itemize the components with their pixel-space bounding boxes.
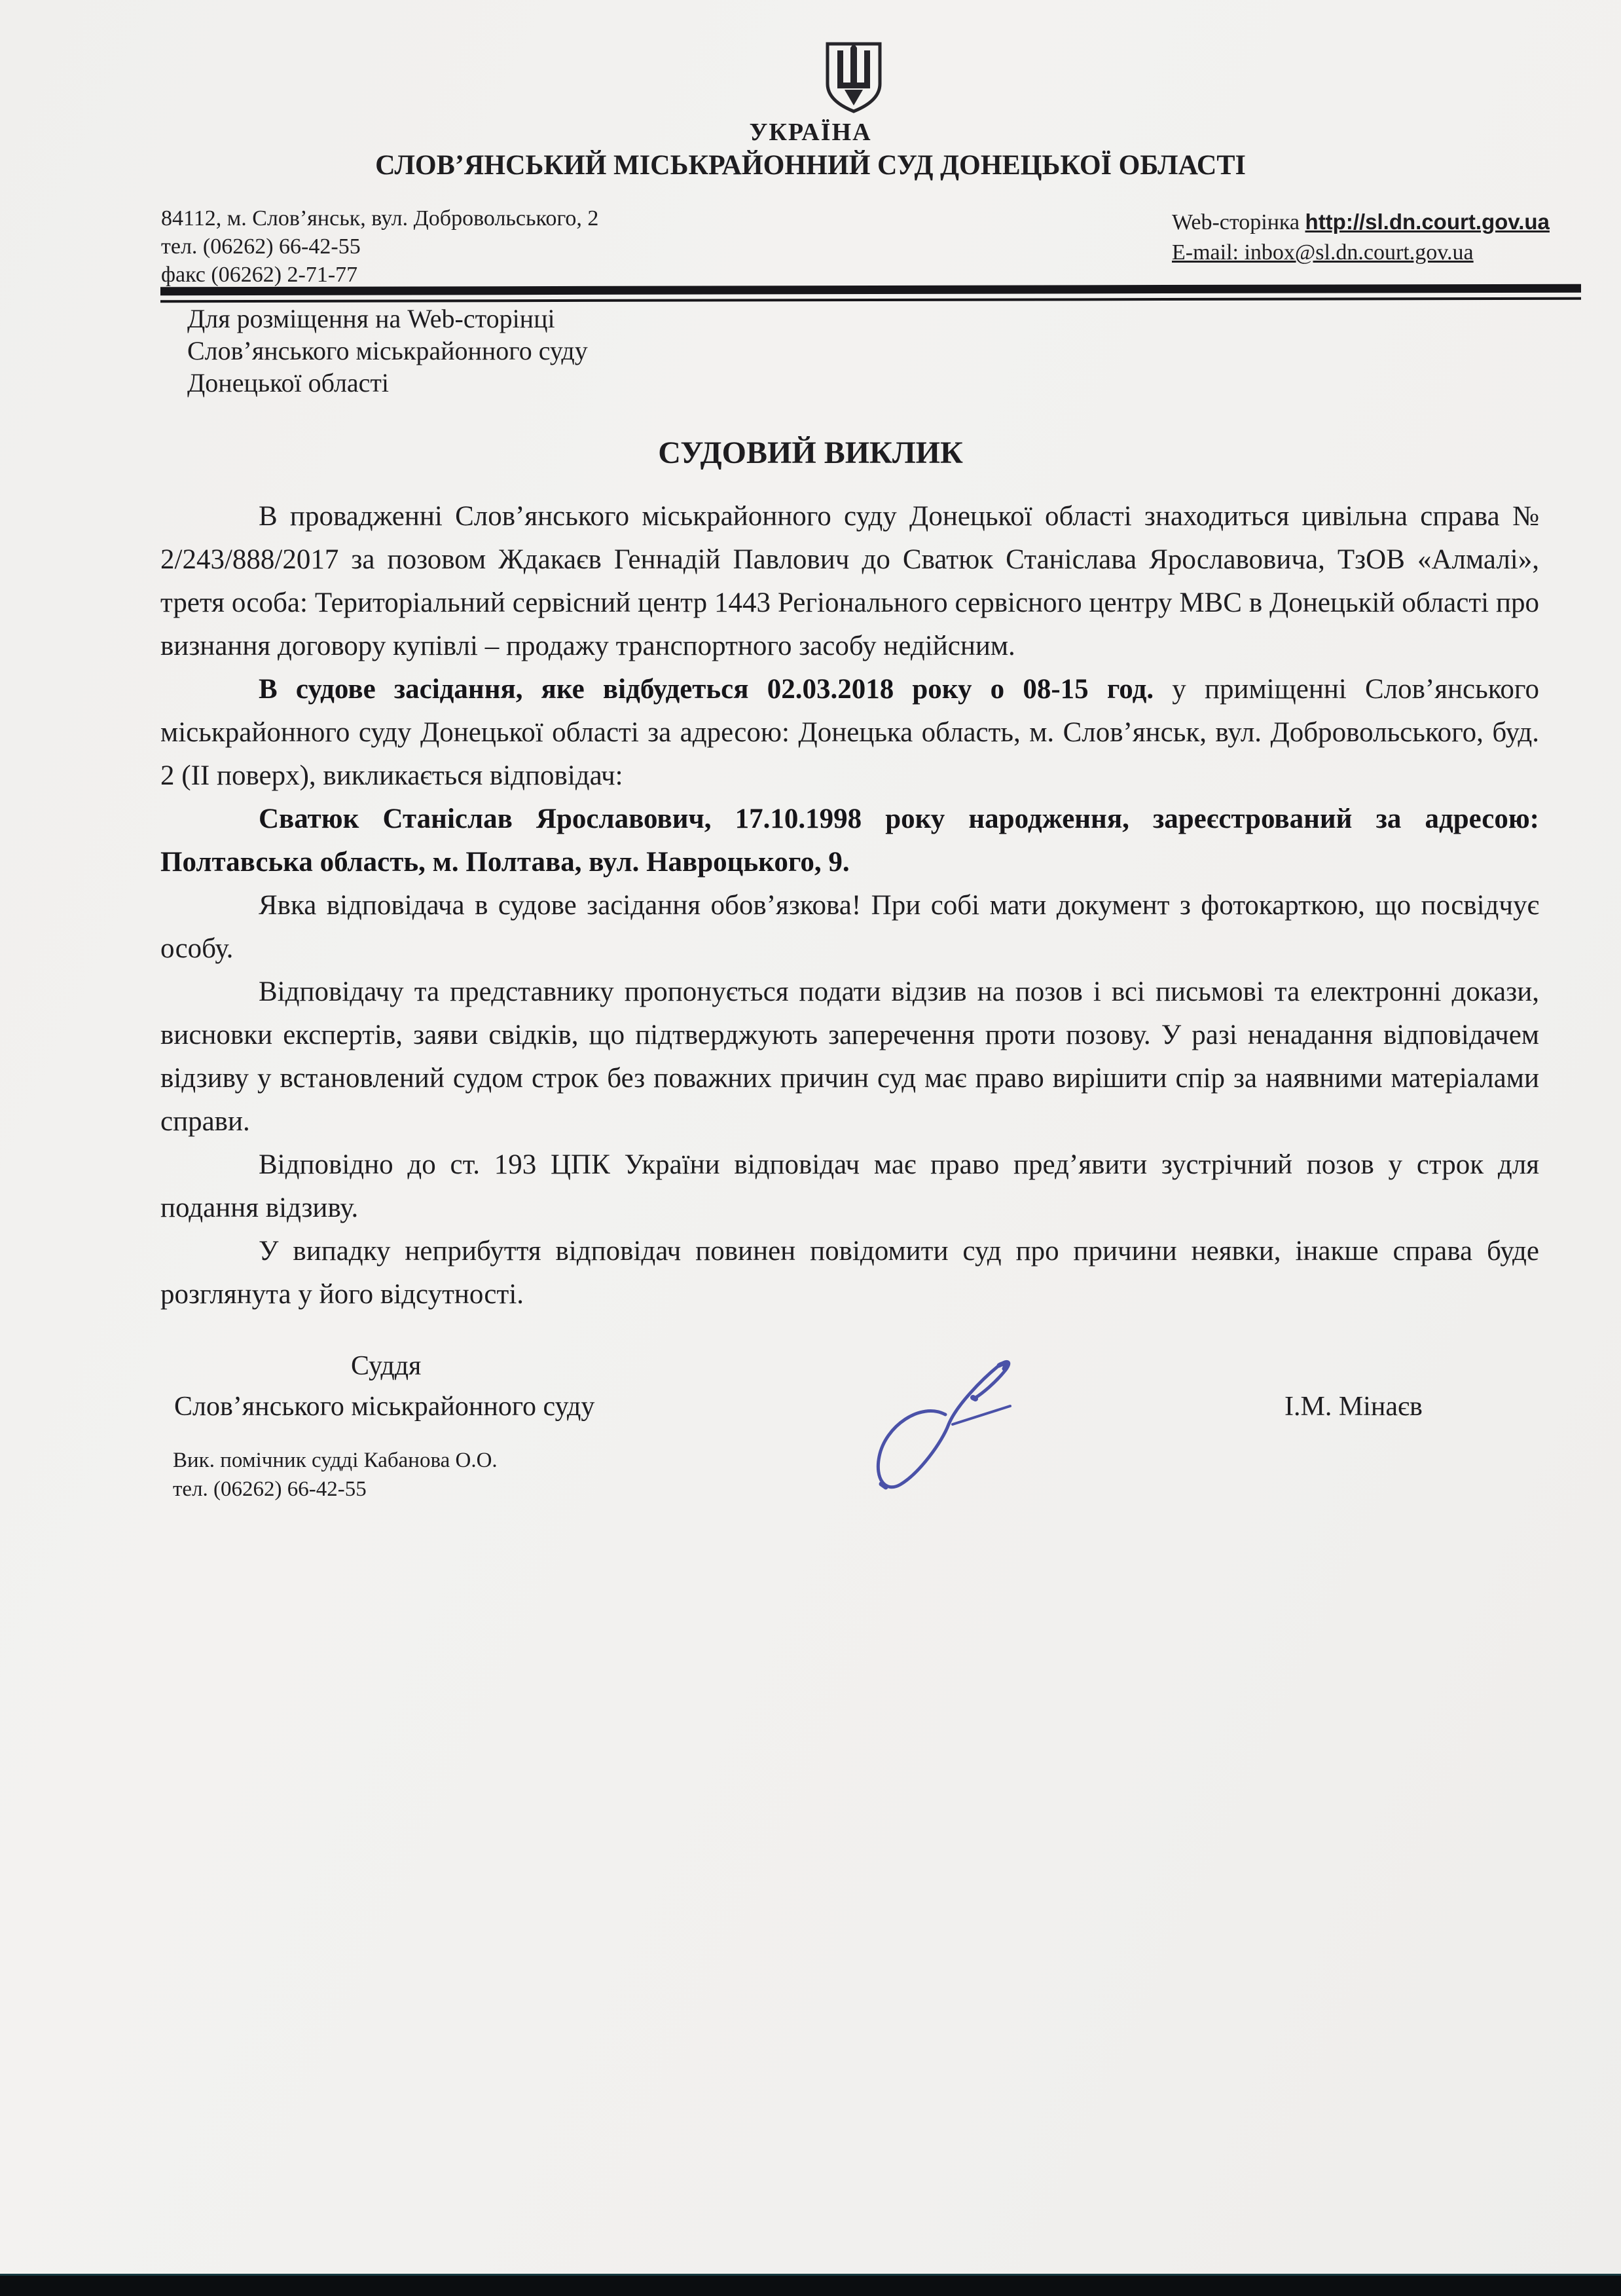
hearing-date-bold: В судове засідання, яке відбудеться 02.0… — [259, 674, 1154, 705]
scanner-edge-artifact — [0, 2274, 1621, 2296]
paragraph-counterclaim: Відповідно до ст. 193 ЦПК України відпов… — [160, 1143, 1539, 1230]
paragraph-absence: У випадку неприбуття відповідач повинен … — [160, 1230, 1539, 1316]
country-name: УКРАЇНА — [0, 118, 1621, 147]
paragraph-case-info: В провадженні Слов’янського міськрайонно… — [160, 495, 1539, 668]
court-name: СЛОВ’ЯНСЬКИЙ МІСЬКРАЙОННИЙ СУД ДОНЕЦЬКОЇ… — [16, 149, 1605, 181]
coat-of-arms-icon — [824, 39, 884, 115]
recipient-note-line-2: Слов’янського міськрайонного суду — [187, 335, 588, 367]
recipient-note-line-1: Для розміщення на Web-сторінці — [187, 303, 588, 335]
paragraph-hearing-info: В судове засідання, яке відбудеться 02.0… — [160, 668, 1539, 798]
web-url: http://sl.dn.court.gov.ua — [1305, 210, 1550, 234]
court-address-line: 84112, м. Слов’янськ, вул. Добровольсько… — [161, 204, 598, 232]
paragraph-response: Відповідачу та представнику пропонується… — [160, 971, 1539, 1143]
court-fax-line: факс (06262) 2-71-77 — [161, 261, 598, 289]
document-body: В провадженні Слов’янського міськрайонно… — [160, 495, 1539, 1316]
email-line: E-mail: inbox@sl.dn.court.gov.ua — [1172, 238, 1550, 268]
paragraph-defendant: Сватюк Станіслав Ярославович, 17.10.1998… — [160, 798, 1539, 884]
court-phone-line: тел. (06262) 66-42-55 — [161, 232, 598, 261]
judge-signature-ink — [824, 1328, 1053, 1544]
header-rule-thin — [160, 297, 1581, 303]
clerk-phone-line: тел. (06262) 66-42-55 — [173, 1477, 367, 1502]
web-line: Web-сторінка http://sl.dn.court.gov.ua — [1172, 207, 1550, 238]
recipient-note: Для розміщення на Web-сторінці Слов’янсь… — [187, 303, 588, 399]
court-contact-block: 84112, м. Слов’янськ, вул. Добровольсько… — [161, 204, 598, 289]
scanned-court-summons-page: УКРАЇНА СЛОВ’ЯНСЬКИЙ МІСЬКРАЙОННИЙ СУД Д… — [0, 0, 1621, 2296]
judge-title-line-1: Суддя — [351, 1350, 421, 1382]
court-web-contact-block: Web-сторінка http://sl.dn.court.gov.ua E… — [1172, 207, 1550, 268]
web-label: Web-сторінка — [1172, 210, 1305, 234]
clerk-name-line: Вик. помічник судді Кабанова О.О. — [173, 1449, 498, 1473]
judge-title-line-2: Слов’янського міськрайонного суду — [174, 1391, 594, 1422]
recipient-note-line-3: Донецької області — [187, 367, 588, 399]
document-title: СУДОВИЙ ВИКЛИК — [0, 435, 1621, 471]
paragraph-attendance: Явка відповідача в судове засідання обов… — [160, 884, 1539, 971]
judge-name: І.М. Мінаєв — [1284, 1391, 1423, 1422]
